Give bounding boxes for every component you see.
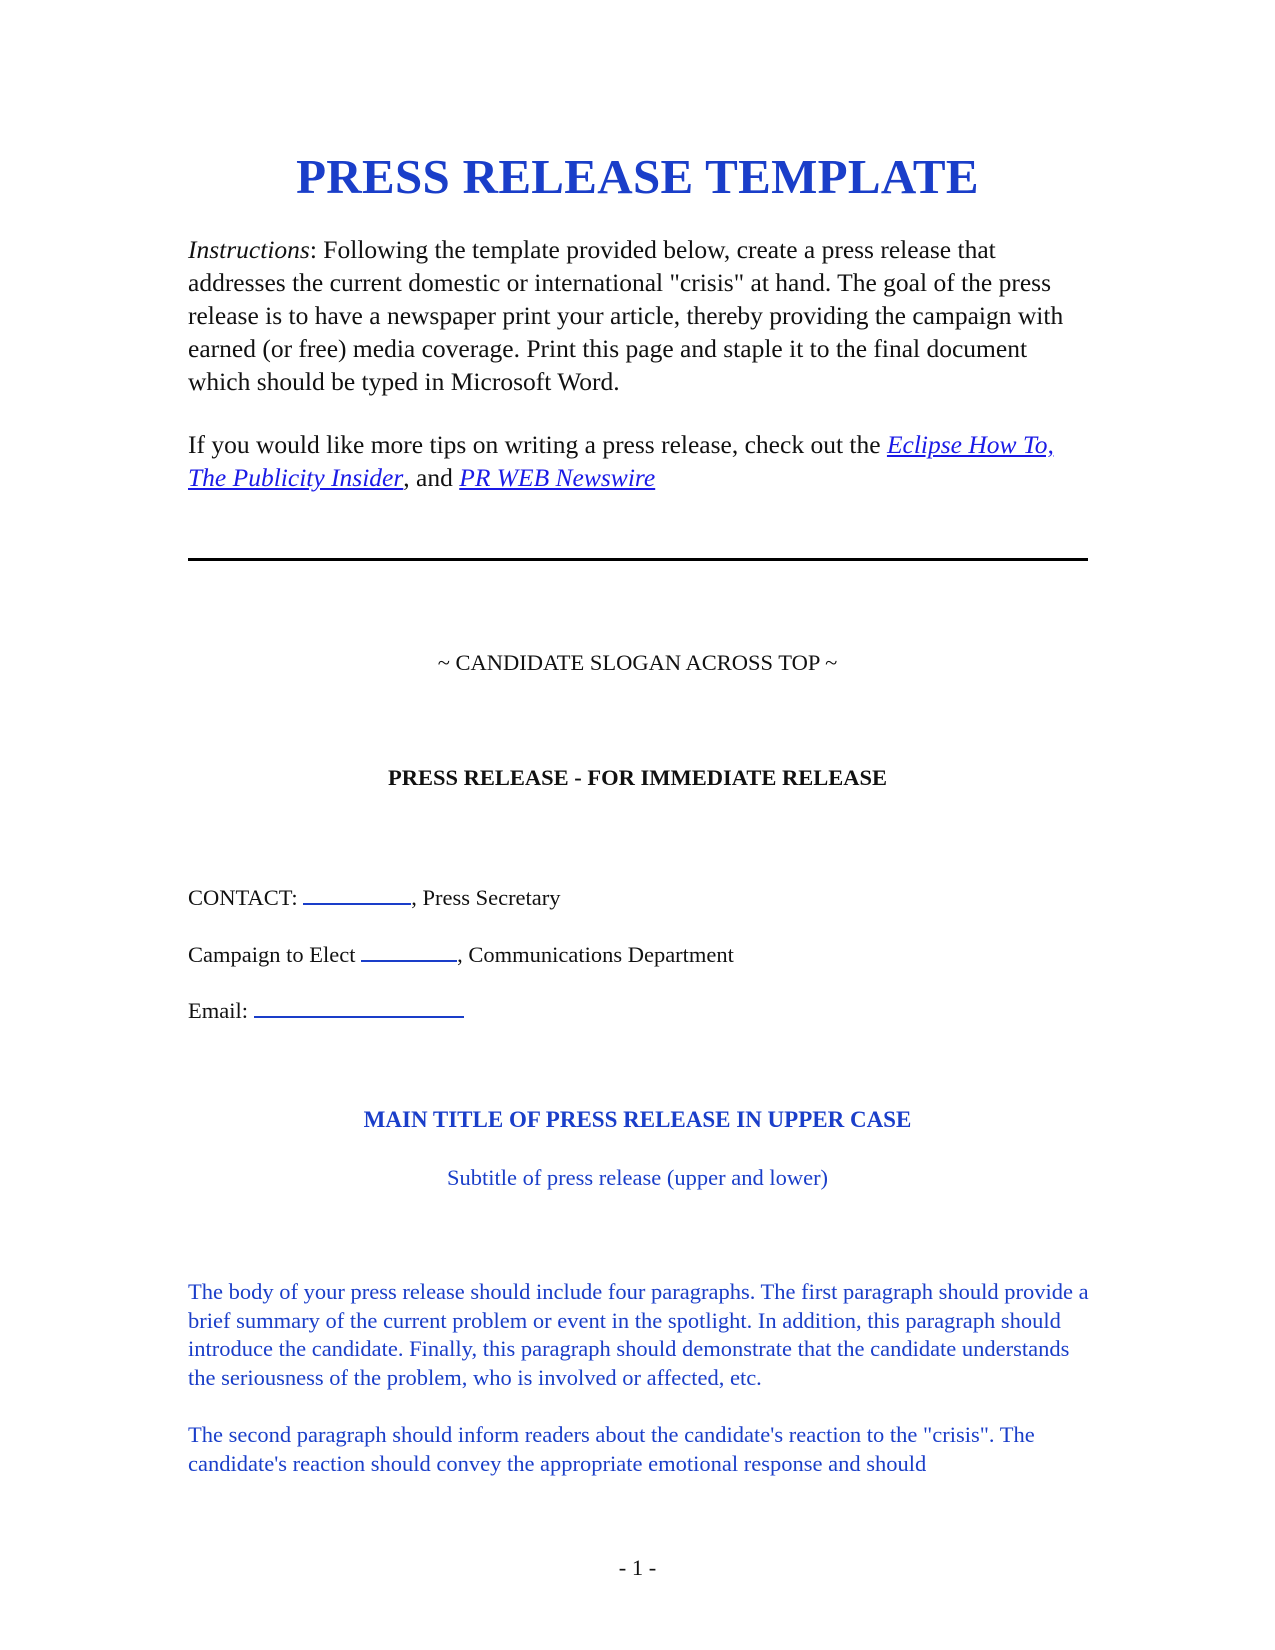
instructions-paragraph: Instructions: Following the template pro…: [188, 233, 1093, 398]
release-heading: PRESS RELEASE - FOR IMMEDIATE RELEASE: [0, 765, 1275, 791]
email-line: Email:: [188, 998, 464, 1024]
contact-label: CONTACT:: [188, 885, 303, 910]
contact-suffix: , Press Secretary: [411, 885, 560, 910]
link-publicity-insider[interactable]: The Publicity Insider: [188, 463, 403, 492]
tips-separator: , and: [403, 463, 459, 492]
link-pr-web-newswire[interactable]: PR WEB Newswire: [459, 463, 655, 492]
page-number: - 1 -: [0, 1555, 1275, 1581]
main-title-placeholder: MAIN TITLE OF PRESS RELEASE IN UPPER CAS…: [0, 1107, 1275, 1133]
contact-line: CONTACT: , Press Secretary: [188, 885, 561, 911]
instructions-label: Instructions: [188, 235, 310, 264]
subtitle-placeholder: Subtitle of press release (upper and low…: [0, 1165, 1275, 1191]
campaign-suffix: , Communications Department: [457, 942, 734, 967]
tips-prefix: If you would like more tips on writing a…: [188, 430, 887, 459]
document-title: PRESS RELEASE TEMPLATE: [0, 148, 1275, 205]
email-label: Email:: [188, 998, 254, 1023]
campaign-label: Campaign to Elect: [188, 942, 361, 967]
body-paragraph-2: The second paragraph should inform reade…: [188, 1421, 1098, 1478]
candidate-name-blank[interactable]: [361, 942, 457, 962]
candidate-slogan: ~ CANDIDATE SLOGAN ACROSS TOP ~: [0, 650, 1275, 676]
horizontal-divider: [188, 558, 1088, 561]
tips-paragraph: If you would like more tips on writing a…: [188, 428, 1093, 494]
instructions-text: : Following the template provided below,…: [188, 235, 1063, 396]
campaign-line: Campaign to Elect , Communications Depar…: [188, 942, 734, 968]
link-eclipse-how-to[interactable]: Eclipse How To,: [887, 430, 1054, 459]
body-paragraph-1: The body of your press release should in…: [188, 1278, 1098, 1392]
contact-name-blank[interactable]: [303, 885, 411, 905]
email-blank[interactable]: [254, 998, 464, 1018]
